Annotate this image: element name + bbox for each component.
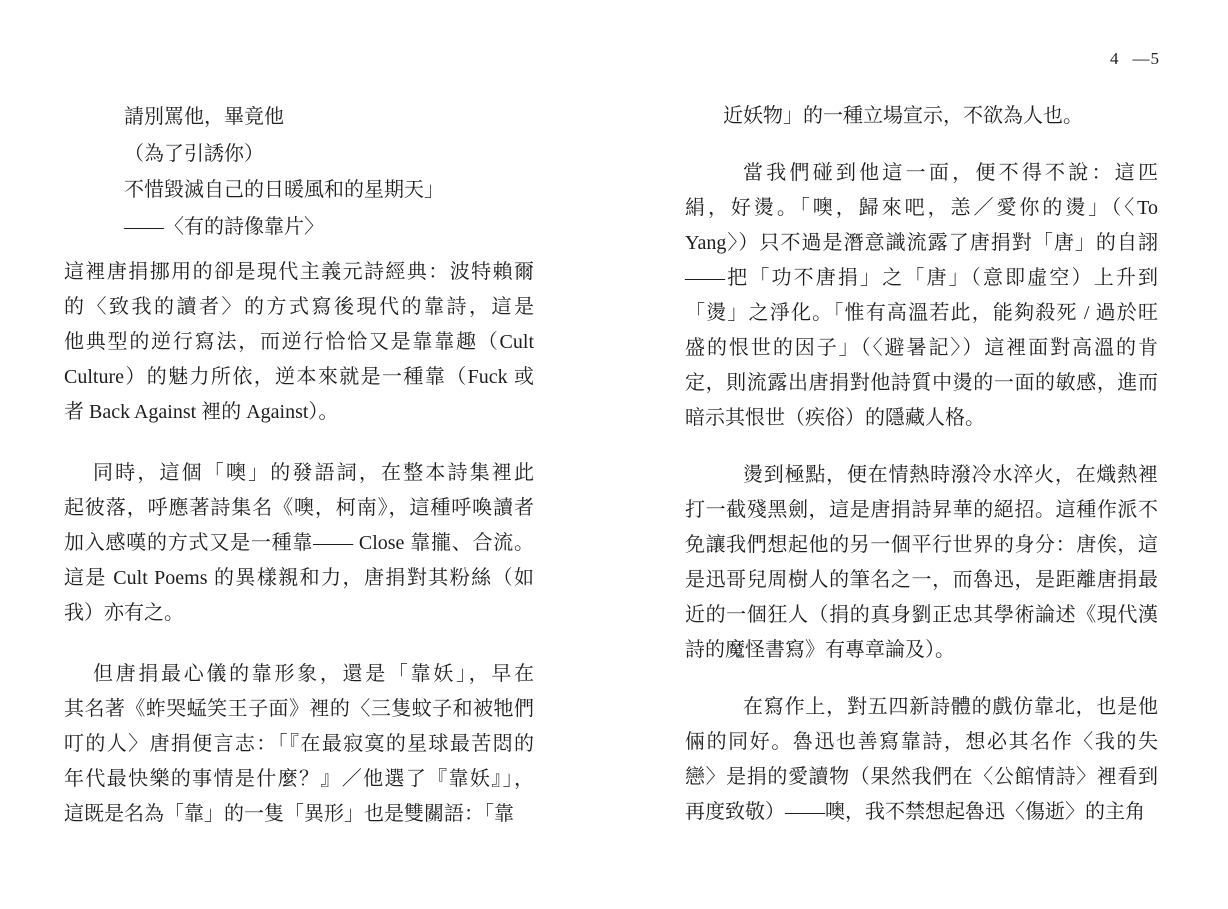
text-line: 當我們碰到他這一面，便不得不說：這匹 [685, 156, 1158, 191]
text-line: 是迅哥兒周樹人的筆名之一，而魯迅，是距離唐捐最 [685, 563, 1158, 598]
page-number: 4—5 [1110, 49, 1160, 69]
text-line: 打一截殘黑劍，這是唐捐詩昇華的絕招。這種作派不 [685, 493, 1158, 528]
text-line: 「燙」之淨化。「惟有高溫若此，能夠殺死 / 過於旺 [685, 296, 1158, 331]
paragraph: 但唐捐最心儀的靠形象，還是「靠妖」，早在其名著《蚱哭蜢笑王子面》裡的〈三隻蚊子和… [64, 657, 534, 832]
text-line: 這是 Cult Poems 的異樣親和力，唐捐對其粉絲（如 [64, 561, 534, 596]
text-line: 倆的同好。魯迅也善寫靠詩，想必其名作〈我的失 [685, 725, 1158, 760]
text-line: 盛的恨世的因子」（〈避暑記〉）這裡面對高溫的肯 [685, 331, 1158, 366]
text-line: 起彼落，呼應著詩集名《噢，柯南》，這種呼喚讀者 [64, 491, 534, 526]
text-line: 這裡唐捐挪用的卻是現代主義元詩經典：波特賴爾 [64, 255, 534, 290]
text-line: 我）亦有之。 [64, 596, 534, 631]
page-number-right: —5 [1133, 49, 1161, 68]
paragraph: 在寫作上，對五四新詩體的戲仿靠北，也是他倆的同好。魯迅也善寫靠詩，想必其名作〈我… [685, 690, 1158, 830]
paragraph: 同時，這個「噢」的發語詞，在整本詩集裡此起彼落，呼應著詩集名《噢，柯南》，這種呼… [64, 456, 534, 631]
text-line: 者 Back Against 裡的 Against）。 [64, 395, 534, 430]
text-line: 其名著《蚱哭蜢笑王子面》裡的〈三隻蚊子和被牠們 [64, 692, 534, 727]
text-line: ——把「功不唐捐」之「唐」（意即虛空）上升到 [685, 261, 1158, 296]
text-line: 詩的魔怪書寫》有專章論及）。 [685, 633, 1158, 668]
text-line: 同時，這個「噢」的發語詞，在整本詩集裡此 [64, 456, 534, 491]
paragraph: 燙到極點，便在情熱時潑冷水淬火，在熾熱裡打一截殘黑劍，這是唐捐詩昇華的絕招。這種… [685, 458, 1158, 668]
text-line: 叮的人〉唐捐便言志：「『在最寂寞的星球最苦悶的 [64, 727, 534, 762]
paragraph: 當我們碰到他這一面，便不得不說：這匹絹，好燙。「噢，歸來吧，恙／愛你的燙」（〈T… [685, 156, 1158, 436]
text-line: Culture）的魅力所依，逆本來就是一種靠（Fuck 或 [64, 360, 534, 395]
poem-quote: 請別罵他，畢竟他（為了引誘你）不惜毀滅自己的日暖風和的星期天」——〈有的詩像靠片… [64, 99, 534, 245]
text-line: 戀〉是捐的愛讀物（果然我們在〈公館情詩〉裡看到 [685, 760, 1158, 795]
text-line: 定，則流露出唐捐對他詩質中燙的一面的敏感，進而 [685, 366, 1158, 401]
text-line: 他典型的逆行寫法，而逆行恰恰又是靠靠趣（Cult [64, 325, 534, 360]
text-line: 加入感嘆的方式又是一種靠—— Close 靠攏、合流。 [64, 526, 534, 561]
text-line: 但唐捐最心儀的靠形象，還是「靠妖」，早在 [64, 657, 534, 692]
text-line: Yang〉）只不過是潛意識流露了唐捐對「唐」的自詡 [685, 226, 1158, 261]
page-number-left: 4 [1110, 49, 1120, 68]
text-line: 的〈致我的讀者〉的方式寫後現代的靠詩，這是 [64, 290, 534, 325]
paragraph-continuation: 近妖物」的一種立場宣示，不欲為人也。 [685, 99, 1158, 134]
text-line: 近妖物」的一種立場宣示，不欲為人也。 [685, 99, 1158, 134]
text-line: 近的一個狂人（捐的真身劉正忠其學術論述《現代漢 [685, 598, 1158, 633]
book-spread: 4—5 請別罵他，畢竟他（為了引誘你）不惜毀滅自己的日暖風和的星期天」——〈有的… [0, 0, 1228, 909]
text-line: 暗示其恨世（疾俗）的隱藏人格。 [685, 401, 1158, 436]
text-line: 絹，好燙。「噢，歸來吧，恙／愛你的燙」（〈To [685, 191, 1158, 226]
text-line: ——〈有的詩像靠片〉 [124, 209, 534, 246]
text-line: 免讓我們想起他的另一個平行世界的身分：唐俟，這 [685, 528, 1158, 563]
text-line: 請別罵他，畢竟他 [124, 99, 534, 136]
text-line: （為了引誘你） [124, 136, 534, 173]
text-line: 不惜毀滅自己的日暖風和的星期天」 [124, 172, 534, 209]
paragraph: 這裡唐捐挪用的卻是現代主義元詩經典：波特賴爾的〈致我的讀者〉的方式寫後現代的靠詩… [64, 255, 534, 430]
text-line: 這既是名為「靠」的一隻「異形」也是雙關語：「靠 [64, 797, 534, 832]
text-line: 燙到極點，便在情熱時潑冷水淬火，在熾熱裡 [685, 458, 1158, 493]
text-line: 再度致敬）——噢，我不禁想起魯迅〈傷逝〉的主角 [685, 795, 1158, 830]
left-page: 請別罵他，畢竟他（為了引誘你）不惜毀滅自己的日暖風和的星期天」——〈有的詩像靠片… [64, 99, 534, 832]
text-line: 年代最快樂的事情是什麼？』／他選了『靠妖』」， [64, 762, 534, 797]
right-page: 近妖物」的一種立場宣示，不欲為人也。 當我們碰到他這一面，便不得不說：這匹絹，好… [685, 99, 1158, 830]
text-line: 在寫作上，對五四新詩體的戲仿靠北，也是他 [685, 690, 1158, 725]
